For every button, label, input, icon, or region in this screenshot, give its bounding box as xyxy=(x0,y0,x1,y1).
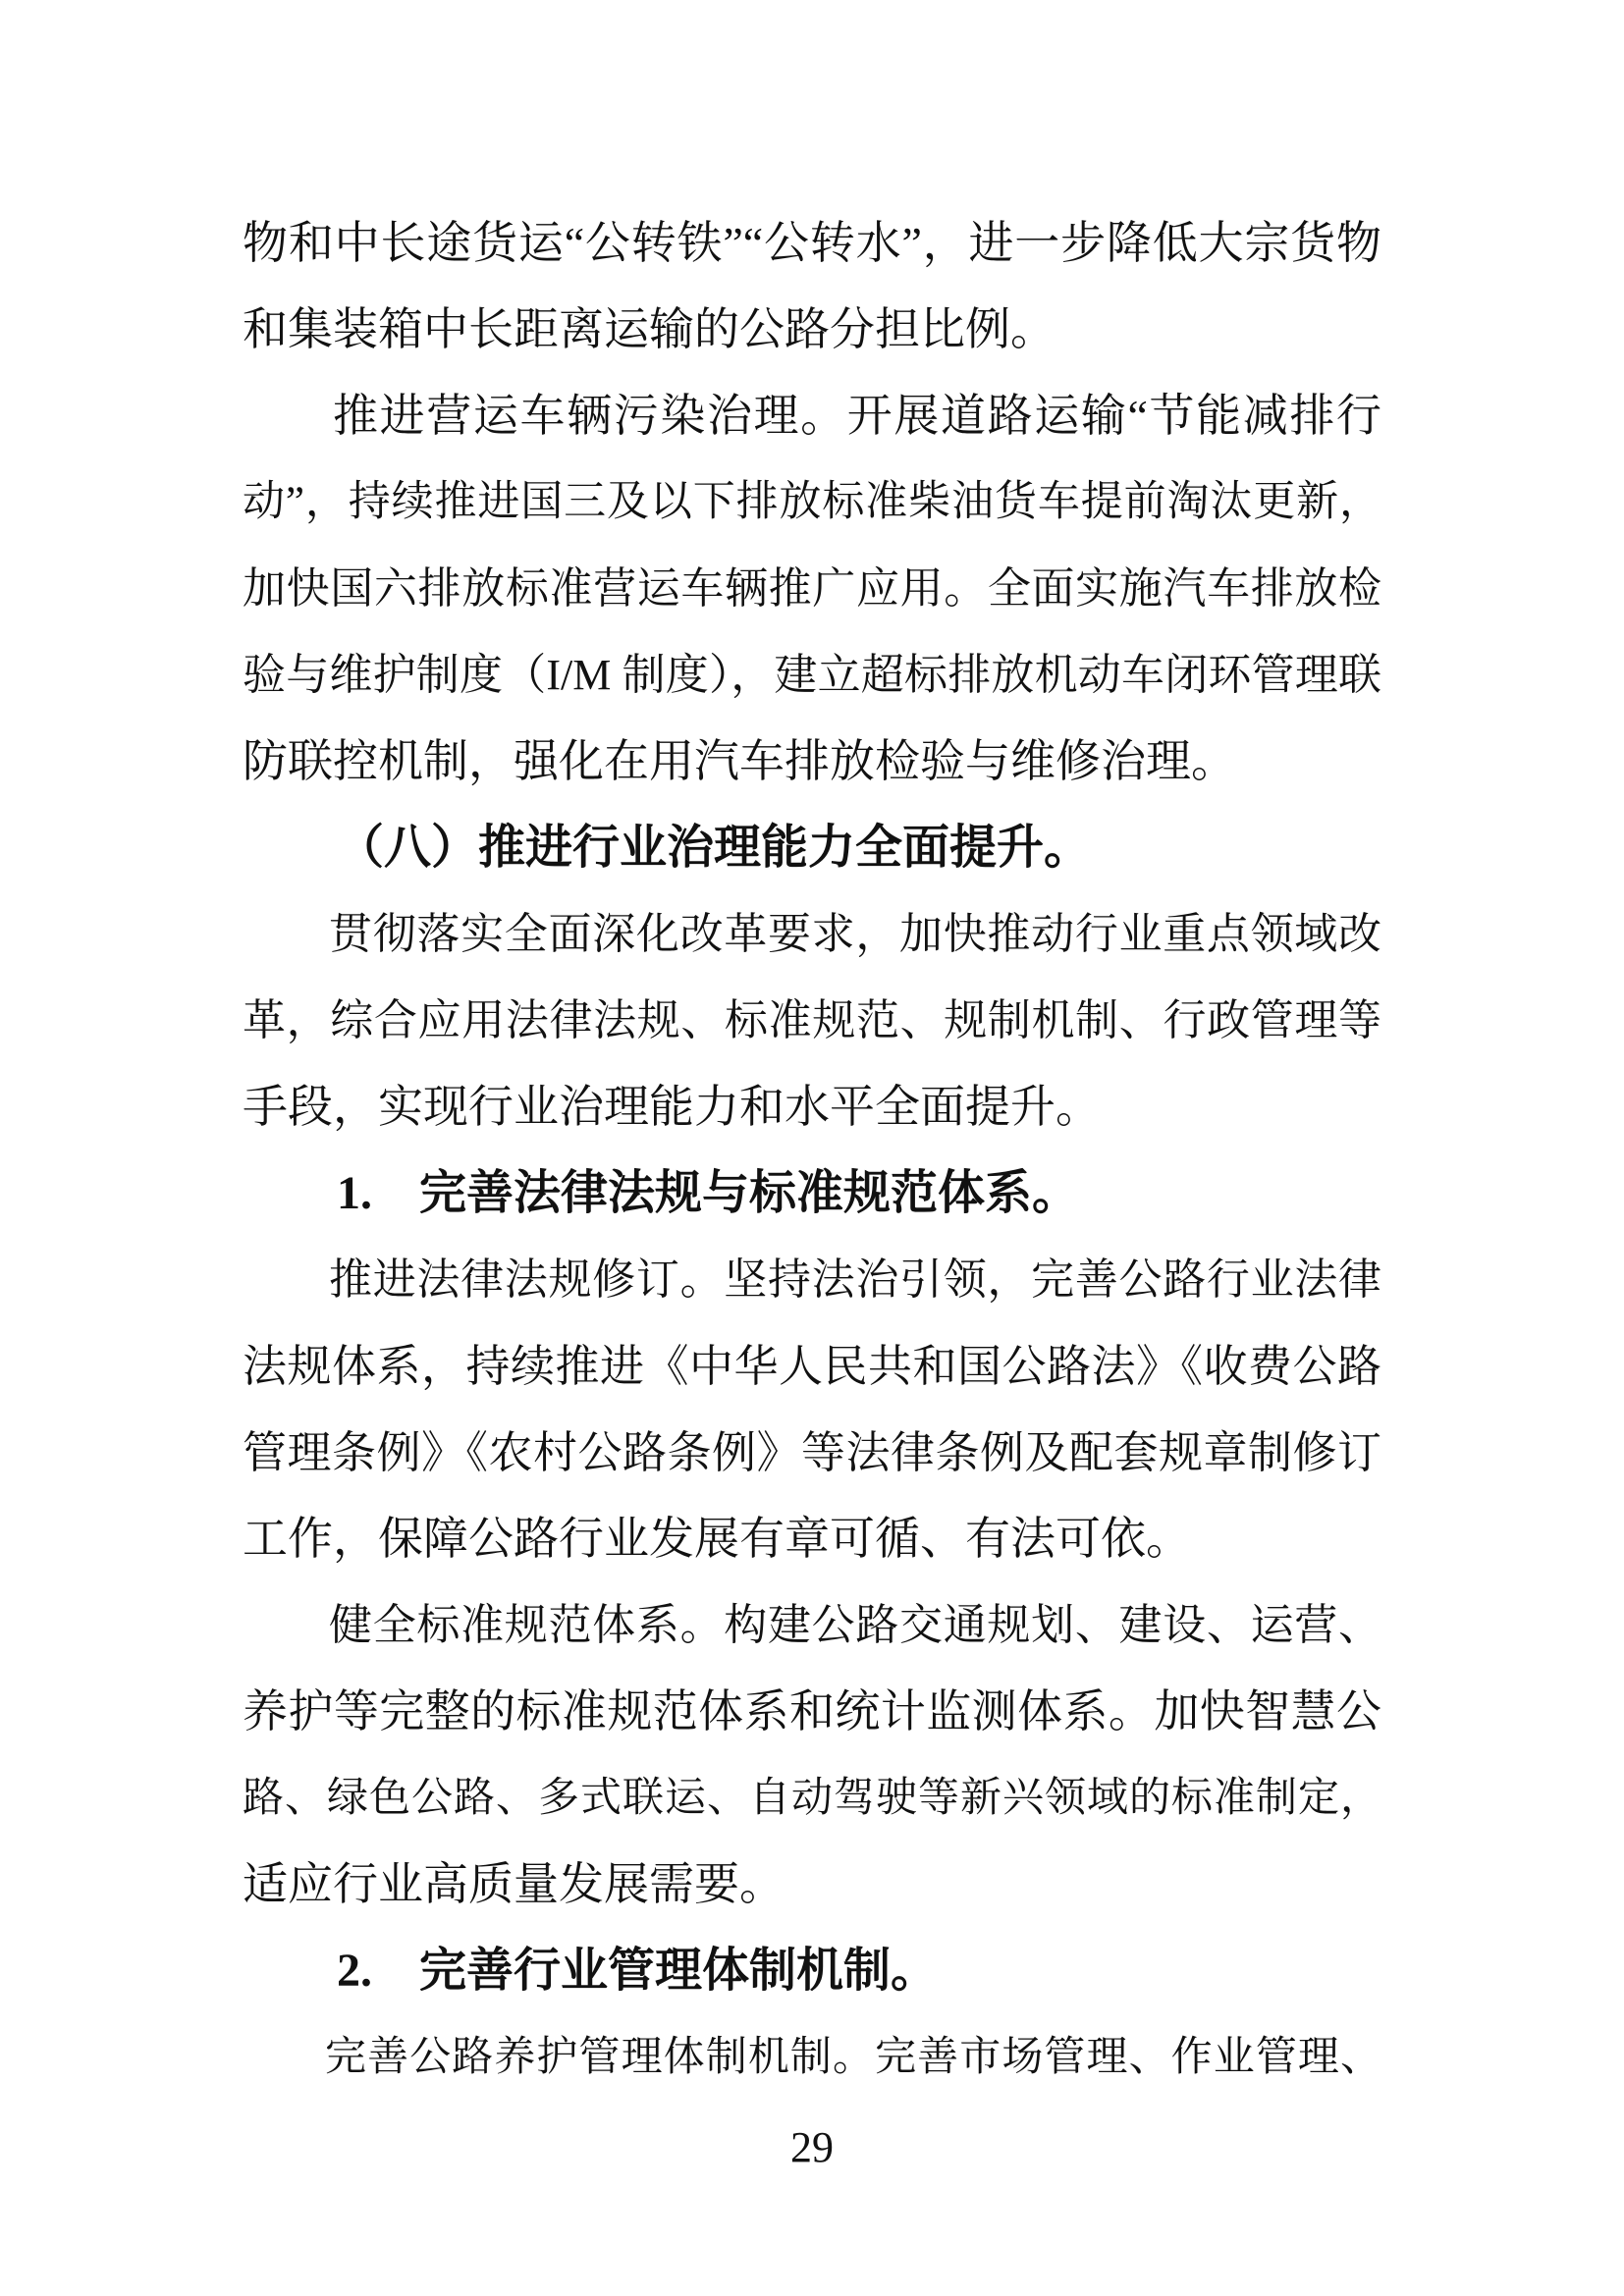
text-line: 物和中长途货运“公转铁”“公转水”，进一步降低大宗货物 xyxy=(243,200,1381,287)
text-line: 适应行业高质量发展需要。 xyxy=(243,1842,1381,1928)
text-line: 手段，实现行业治理能力和水平全面提升。 xyxy=(243,1064,1381,1150)
text-line: 推进营运车辆污染治理。开展道路运输“节能减排行 xyxy=(243,373,1381,459)
page-number: 29 xyxy=(0,2118,1624,2177)
text-line: 动”，持续推进国三及以下排放标准柴油货车提前淘汰更新， xyxy=(243,459,1381,546)
text-line: 健全标准规范体系。构建公路交通规划、建设、运营、 xyxy=(243,1582,1381,1669)
text-line: 验与维护制度（I/M 制度），建立超标排放机动车闭环管理联 xyxy=(243,632,1381,719)
text-line: 推进法律法规修订。坚持法治引领，完善公路行业法律 xyxy=(243,1237,1381,1323)
text-line: 加快国六排放标准营运车辆推广应用。全面实施汽车排放检 xyxy=(243,546,1381,632)
text-lines: 物和中长途货运“公转铁”“公转水”，进一步降低大宗货物和集装箱中长距离运输的公路… xyxy=(243,200,1381,2101)
text-line: 管理条例》《农村公路条例》等法律条例及配套规章制修订 xyxy=(243,1410,1381,1496)
text-line: 和集装箱中长距离运输的公路分担比例。 xyxy=(243,287,1381,373)
text-line: 养护等完整的标准规范体系和统计监测体系。加快智慧公 xyxy=(243,1669,1381,1755)
text-line: 路、绿色公路、多式联运、自动驾驶等新兴领域的标准制定， xyxy=(243,1755,1381,1842)
section-heading: 1. 完善法律法规与标准规范体系。 xyxy=(243,1150,1381,1237)
text-line: 完善公路养护管理体制机制。完善市场管理、作业管理、 xyxy=(243,2014,1381,2101)
section-heading: 2. 完善行业管理体制机制。 xyxy=(243,1928,1381,2014)
document-page: 物和中长途货运“公转铁”“公转水”，进一步降低大宗货物和集装箱中长距离运输的公路… xyxy=(0,0,1624,2296)
text-line: 革，综合应用法律法规、标准规范、规制机制、行政管理等 xyxy=(243,978,1381,1064)
text-line: 贯彻落实全面深化改革要求，加快推动行业重点领域改 xyxy=(243,891,1381,978)
section-heading: （八）推进行业治理能力全面提升。 xyxy=(243,805,1381,891)
text-line: 防联控机制，强化在用汽车排放检验与维修治理。 xyxy=(243,719,1381,805)
text-line: 工作，保障公路行业发展有章可循、有法可依。 xyxy=(243,1496,1381,1582)
text-line: 法规体系，持续推进《中华人民共和国公路法》《收费公路 xyxy=(243,1323,1381,1410)
